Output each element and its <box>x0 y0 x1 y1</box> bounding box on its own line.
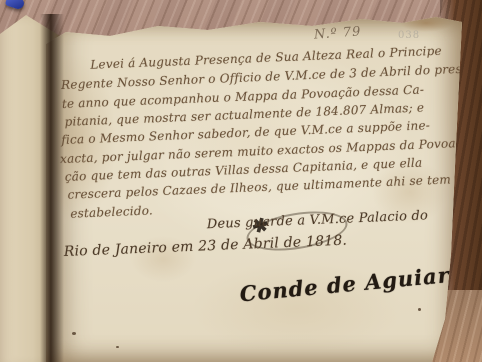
book-binding-gutter <box>40 14 64 362</box>
blue-pen-tip <box>5 0 26 11</box>
manuscript-line: estabelecido. <box>70 203 153 220</box>
manuscript-page: N.º 79 038 ✱ Levei á Augusta Presença de… <box>46 14 462 362</box>
photo-of-manuscript: N.º 79 038 ✱ Levei á Augusta Presença de… <box>0 0 482 362</box>
signature: Conde de Aguiar <box>239 262 451 306</box>
dateline: Rio de Janeiro em 23 de Abril de 1818. <box>64 233 348 260</box>
closing-salutation: Deus guarde a V.M.ce Palacio do <box>207 208 429 232</box>
manuscript-text: Levei á Augusta Presença de Sua Alteza R… <box>38 0 468 362</box>
